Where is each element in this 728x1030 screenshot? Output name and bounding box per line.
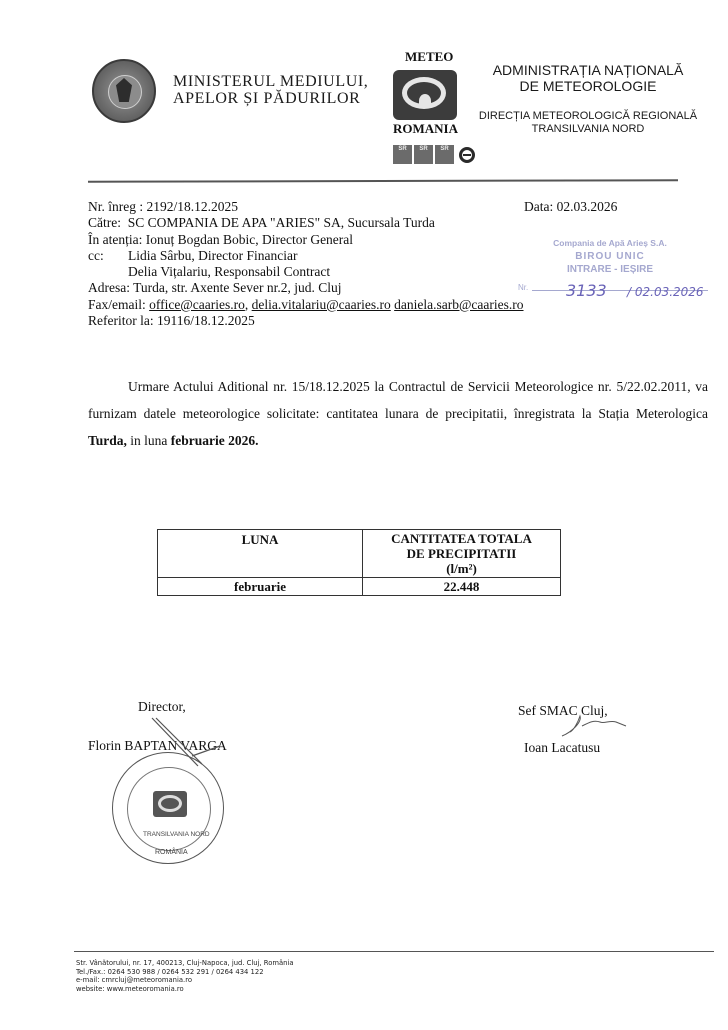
directorate-line-1: DIRECȚIA METEOROLOGICĂ REGIONALĂ [472,110,704,123]
email-link-delia[interactable]: delia.vitalariu@caaries.ro [252,297,391,312]
stamp-country: ROMÂNIA [155,849,188,856]
footer-contact: Str. Vânătorului, nr. 17, 400213, Cluj-N… [76,959,294,993]
government-seal-icon [92,59,156,123]
email-link-office[interactable]: office@caaries.ro [149,297,245,312]
footer-email[interactable]: e-mail: cmrcluj@meteoromania.ro [76,976,294,985]
cell-month: februarie [158,578,363,596]
body-text-2: in luna [127,433,171,448]
stamp-company: Compania de Apă Arieș S.A. [510,237,710,250]
sef-signature-icon [560,712,630,742]
directorate-line-2: TRANSILVANIA NORD [472,123,704,136]
precipitation-table: LUNA CANTITATEA TOTALA DE PRECIPITATII (… [157,529,561,596]
address-line: Adresa: Turda, str. Axente Sever nr.2, j… [88,280,524,296]
body-text: Urmare Actului Aditional nr. 15/18.12.20… [88,379,708,421]
attention-line: În atenția: Ionuț Bogdan Bobic, Director… [88,232,524,248]
table-header-row: LUNA CANTITATEA TOTALA DE PRECIPITATII (… [158,530,561,578]
cc-recipient-1: Lidia Sârbu, Director Financiar [128,248,297,263]
cell-precipitation: 22.448 [363,578,561,596]
sr-certification-icon: SR [393,145,412,164]
ministry-line-2: APELOR ȘI PĂDURILOR [173,90,368,107]
fax-email-line: Fax/email: office@caaries.ro, delia.vita… [88,297,524,313]
agency-title: ADMINISTRAȚIA NAȚIONALĂ DE METEOROLOGIE [478,62,698,94]
recipient-label: Către: [88,215,121,230]
cc-line-2: Delia Vițalariu, Responsabil Contract [88,264,524,280]
table-row: februarie 22.448 [158,578,561,596]
address-block: Nr. înreg : 2192/18.12.2025 Către: SC CO… [88,199,524,329]
cc-recipient-2: Delia Vițalariu, Responsabil Contract [128,264,330,279]
sr-certification-icon: SR [435,145,454,164]
sr-certification-icon: SR [414,145,433,164]
station-name: Turda, [88,433,127,448]
header-divider [88,179,678,183]
stamp-region: TRANSILVANIA NORD [143,831,210,838]
document-date: Data: 02.03.2026 [524,199,617,215]
header-precipitation: CANTITATEA TOTALA DE PRECIPITATII (l/m²) [363,530,561,578]
official-round-stamp-icon: TRANSILVANIA NORD ROMÂNIA [112,752,224,864]
registration-number: Nr. înreg : 2192/18.12.2025 [88,199,524,215]
meteo-label: METEO [405,49,453,65]
footer-website[interactable]: website: www.meteoromania.ro [76,985,294,994]
regional-directorate: DIRECȚIA METEOROLOGICĂ REGIONALĂ TRANSIL… [472,110,704,136]
header-precip-unit: (l/m²) [367,561,556,576]
ministry-name: MINISTERUL MEDIULUI, APELOR ȘI PĂDURILOR [173,73,368,107]
sef-smac-name: Ioan Lacatusu [524,740,600,756]
stamp-nr-label: Nr. [518,281,528,294]
ministry-line-1: MINISTERUL MEDIULUI, [173,73,368,90]
recipient: Către: SC COMPANIA DE APA "ARIES" SA, Su… [88,215,524,231]
body-paragraph: Urmare Actului Aditional nr. 15/18.12.20… [88,373,708,454]
footer-divider [74,951,714,952]
meteo-romania-logo-icon [393,70,457,120]
email-link-daniela[interactable]: daniela.sarb@caaries.ro [394,297,523,312]
header-precip-line-2: DE PRECIPITATII [367,546,556,561]
footer-phone: Tel./Fax.: 0264 530 988 / 0264 532 291 /… [76,968,294,977]
iqnet-circle-icon [459,147,475,163]
reporting-period: februarie 2026. [171,433,259,448]
cc-line-1: cc:Lidia Sârbu, Director Financiar [88,248,524,264]
stamp-handwritten-date: / 02.03.2026 [627,285,704,299]
header-precip-line-1: CANTITATEA TOTALA [367,531,556,546]
header-month: LUNA [158,530,363,578]
stamp-office: BIROU UNIC [510,250,710,263]
stamp-type: INTRARE - IEȘIRE [510,263,710,276]
director-title: Director, [138,699,186,715]
footer-address: Str. Vânătorului, nr. 17, 400213, Cluj-N… [76,959,294,968]
reference-line: Referitor la: 19116/18.12.2025 [88,313,524,329]
romania-label: ROMANIA [393,121,458,137]
stamp-handwritten-number: 3133 [566,281,607,300]
agency-line-1: ADMINISTRAȚIA NAȚIONALĂ [478,62,698,78]
fax-email-label: Fax/email: [88,297,146,312]
certification-badges: SR SR SR [393,145,475,164]
recipient-value: SC COMPANIA DE APA "ARIES" SA, Sucursala… [128,215,435,230]
agency-line-2: DE METEOROLOGIE [478,78,698,94]
cc-label: cc: [88,248,128,264]
registry-stamp: Compania de Apă Arieș S.A. BIROU UNIC IN… [510,237,710,292]
